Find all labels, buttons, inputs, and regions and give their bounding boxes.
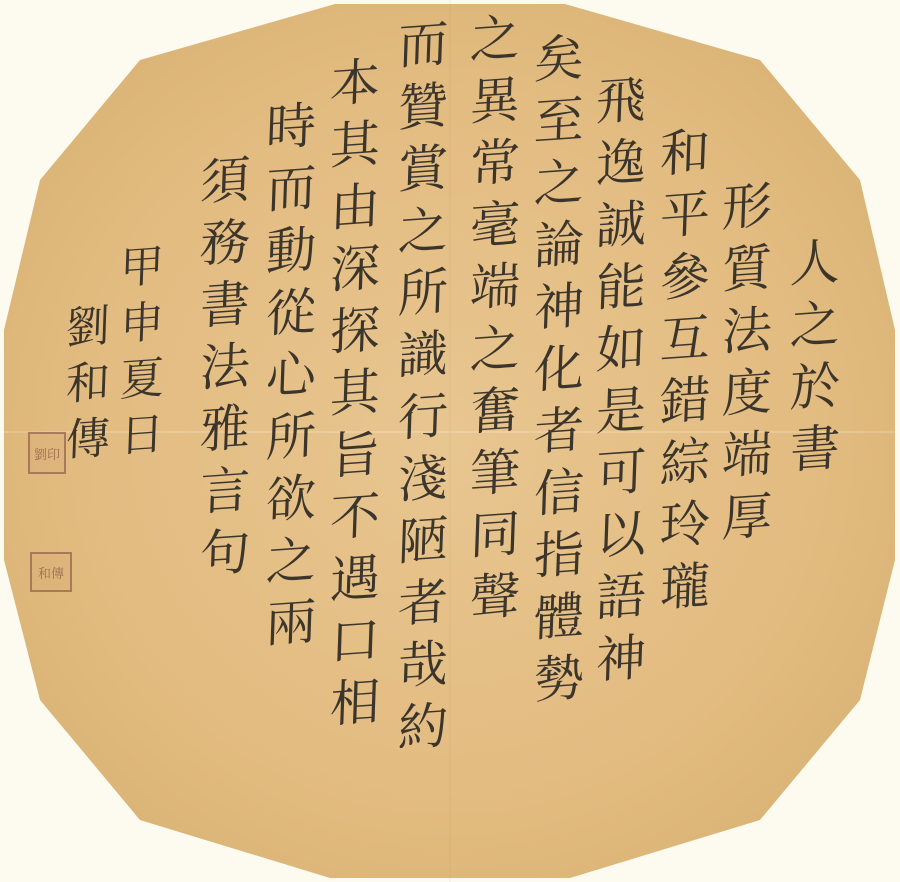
calligraphy-character: 誠 bbox=[595, 192, 647, 258]
text-column-2: 形質法度端厚 bbox=[722, 176, 772, 548]
calligraphy-character: 者 bbox=[397, 570, 449, 636]
calligraphy-character: 旨 bbox=[329, 422, 381, 488]
text-column-7: 而贊賞之所識行淺陋者哉約 bbox=[398, 14, 448, 758]
calligraphy-character: 約 bbox=[397, 694, 449, 760]
calligraphy-character: 飛 bbox=[595, 68, 647, 134]
calligraphy-character: 至 bbox=[533, 88, 585, 154]
calligraphy-character: 厚 bbox=[721, 484, 773, 550]
calligraphy-character: 能 bbox=[595, 254, 647, 320]
calligraphy-character: 深 bbox=[329, 236, 381, 302]
calligraphy-character: 以 bbox=[595, 502, 647, 568]
calligraphy-character: 互 bbox=[659, 306, 711, 372]
calligraphy-character: 贊 bbox=[397, 74, 449, 140]
calligraphy-character: 其 bbox=[329, 360, 381, 426]
calligraphy-character: 哉 bbox=[397, 632, 449, 698]
calligraphy-character: 端 bbox=[721, 422, 773, 488]
calligraphy-character: 聲 bbox=[469, 564, 521, 630]
calligraphy-character: 如 bbox=[595, 316, 647, 382]
calligraphy-character: 平 bbox=[659, 182, 711, 248]
calligraphy-character: 識 bbox=[397, 322, 449, 388]
text-column-1: 人之於書 bbox=[790, 232, 840, 480]
calligraphy-character: 句 bbox=[199, 520, 251, 586]
calligraphy-character: 參 bbox=[659, 244, 711, 310]
calligraphy-character: 而 bbox=[397, 12, 449, 78]
calligraphy-character: 書 bbox=[789, 416, 841, 482]
calligraphy-character: 語 bbox=[595, 564, 647, 630]
calligraphy-character: 言 bbox=[199, 458, 251, 524]
calligraphy-character: 之 bbox=[265, 528, 317, 594]
calligraphy-character: 於 bbox=[789, 354, 841, 420]
calligraphy-character: 異 bbox=[469, 68, 521, 134]
calligraphy-character: 之 bbox=[789, 292, 841, 358]
calligraphy-character: 所 bbox=[265, 404, 317, 470]
calligraphy-character: 夏 bbox=[119, 350, 165, 409]
calligraphy-character: 法 bbox=[199, 334, 251, 400]
calligraphy-character: 之 bbox=[397, 198, 449, 264]
calligraphy-character: 不 bbox=[329, 484, 381, 550]
calligraphy-character: 神 bbox=[595, 626, 647, 692]
calligraphy-character: 質 bbox=[721, 236, 773, 302]
calligraphy-character: 之 bbox=[533, 150, 585, 216]
calligraphy-character: 務 bbox=[199, 210, 251, 276]
calligraphy-character: 賞 bbox=[397, 136, 449, 202]
calligraphy-character: 形 bbox=[721, 174, 773, 240]
calligraphy-character: 指 bbox=[533, 522, 585, 588]
calligraphy-character: 劉 bbox=[65, 298, 111, 357]
calligraphy-character: 時 bbox=[265, 94, 317, 160]
calligraphy-character: 探 bbox=[329, 298, 381, 364]
calligraphy-character: 人 bbox=[789, 230, 841, 296]
calligraphy-character: 玲 bbox=[659, 492, 711, 558]
calligraphy-character: 須 bbox=[199, 148, 251, 214]
calligraphy-character: 端 bbox=[469, 254, 521, 320]
calligraphy-character: 口 bbox=[329, 608, 381, 674]
calligraphy-character: 體 bbox=[533, 584, 585, 650]
calligraphy-character: 書 bbox=[199, 272, 251, 338]
text-column-6: 之異常毫端之奮筆同聲 bbox=[470, 8, 520, 628]
calligraphy-character: 相 bbox=[329, 670, 381, 736]
calligraphy-character: 神 bbox=[533, 274, 585, 340]
calligraphy-character: 和 bbox=[659, 120, 711, 186]
calligraphy-character: 之 bbox=[469, 6, 521, 72]
calligraphy-character: 瓏 bbox=[659, 554, 711, 620]
calligraphy-character: 動 bbox=[265, 218, 317, 284]
text-column-5: 矣至之論神化者信指體勢 bbox=[534, 28, 584, 710]
calligraphy-character: 由 bbox=[329, 174, 381, 240]
calligraphy-character: 度 bbox=[721, 360, 773, 426]
text-column-10: 須務書法雅言句 bbox=[200, 150, 250, 584]
calligraphy-character: 從 bbox=[265, 280, 317, 346]
calligraphy-character: 常 bbox=[469, 130, 521, 196]
calligraphy-character: 毫 bbox=[469, 192, 521, 258]
calligraphy-character: 勢 bbox=[533, 646, 585, 712]
calligraphy-character: 淺 bbox=[397, 446, 449, 512]
calligraphy-character: 申 bbox=[119, 294, 165, 353]
text-column-9: 時而動從心所欲之兩 bbox=[266, 96, 316, 654]
inscription-date: 甲申夏日 bbox=[120, 240, 164, 464]
calligraphy-character: 而 bbox=[265, 156, 317, 222]
calligraphy-character: 信 bbox=[533, 460, 585, 526]
calligraphy-character: 所 bbox=[397, 260, 449, 326]
calligraphy-character: 筆 bbox=[469, 440, 521, 506]
calligraphy-character: 雅 bbox=[199, 396, 251, 462]
calligraphy-character: 行 bbox=[397, 384, 449, 450]
calligraphy-character: 同 bbox=[469, 502, 521, 568]
calligraphy-character: 心 bbox=[265, 342, 317, 408]
calligraphy-character: 甲 bbox=[119, 238, 165, 297]
calligraphy-character: 錯 bbox=[659, 368, 711, 434]
calligraphy-character: 陋 bbox=[397, 508, 449, 574]
calligraphy-character: 逸 bbox=[595, 130, 647, 196]
artist-signature: 劉和傳 bbox=[66, 300, 110, 468]
calligraphy-character: 其 bbox=[329, 112, 381, 178]
seal-stamp-2: 和傳 bbox=[30, 552, 72, 592]
calligraphy-character: 傳 bbox=[65, 410, 111, 469]
calligraphy-character: 兩 bbox=[265, 590, 317, 656]
calligraphy-character: 欲 bbox=[265, 466, 317, 532]
calligraphy-character: 化 bbox=[533, 336, 585, 402]
calligraphy-character: 之 bbox=[469, 316, 521, 382]
calligraphy-character: 綜 bbox=[659, 430, 711, 496]
calligraphy-character: 者 bbox=[533, 398, 585, 464]
text-column-3: 和平參互錯綜玲瓏 bbox=[660, 122, 710, 618]
text-column-4: 飛逸誠能如是可以語神 bbox=[596, 70, 646, 690]
calligraphy-character: 遇 bbox=[329, 546, 381, 612]
calligraphy-character: 法 bbox=[721, 298, 773, 364]
calligraphy-character: 論 bbox=[533, 212, 585, 278]
seal-stamp-1: 劉印 bbox=[28, 432, 66, 474]
calligraphy-character: 可 bbox=[595, 440, 647, 506]
text-column-8: 本其由深探其旨不遇口相 bbox=[330, 52, 380, 734]
calligraphy-character: 和 bbox=[65, 354, 111, 413]
calligraphy-character: 矣 bbox=[533, 26, 585, 92]
calligraphy-character: 本 bbox=[329, 50, 381, 116]
calligraphy-character: 日 bbox=[119, 406, 165, 465]
calligraphy-character: 是 bbox=[595, 378, 647, 444]
calligraphy-character: 奮 bbox=[469, 378, 521, 444]
